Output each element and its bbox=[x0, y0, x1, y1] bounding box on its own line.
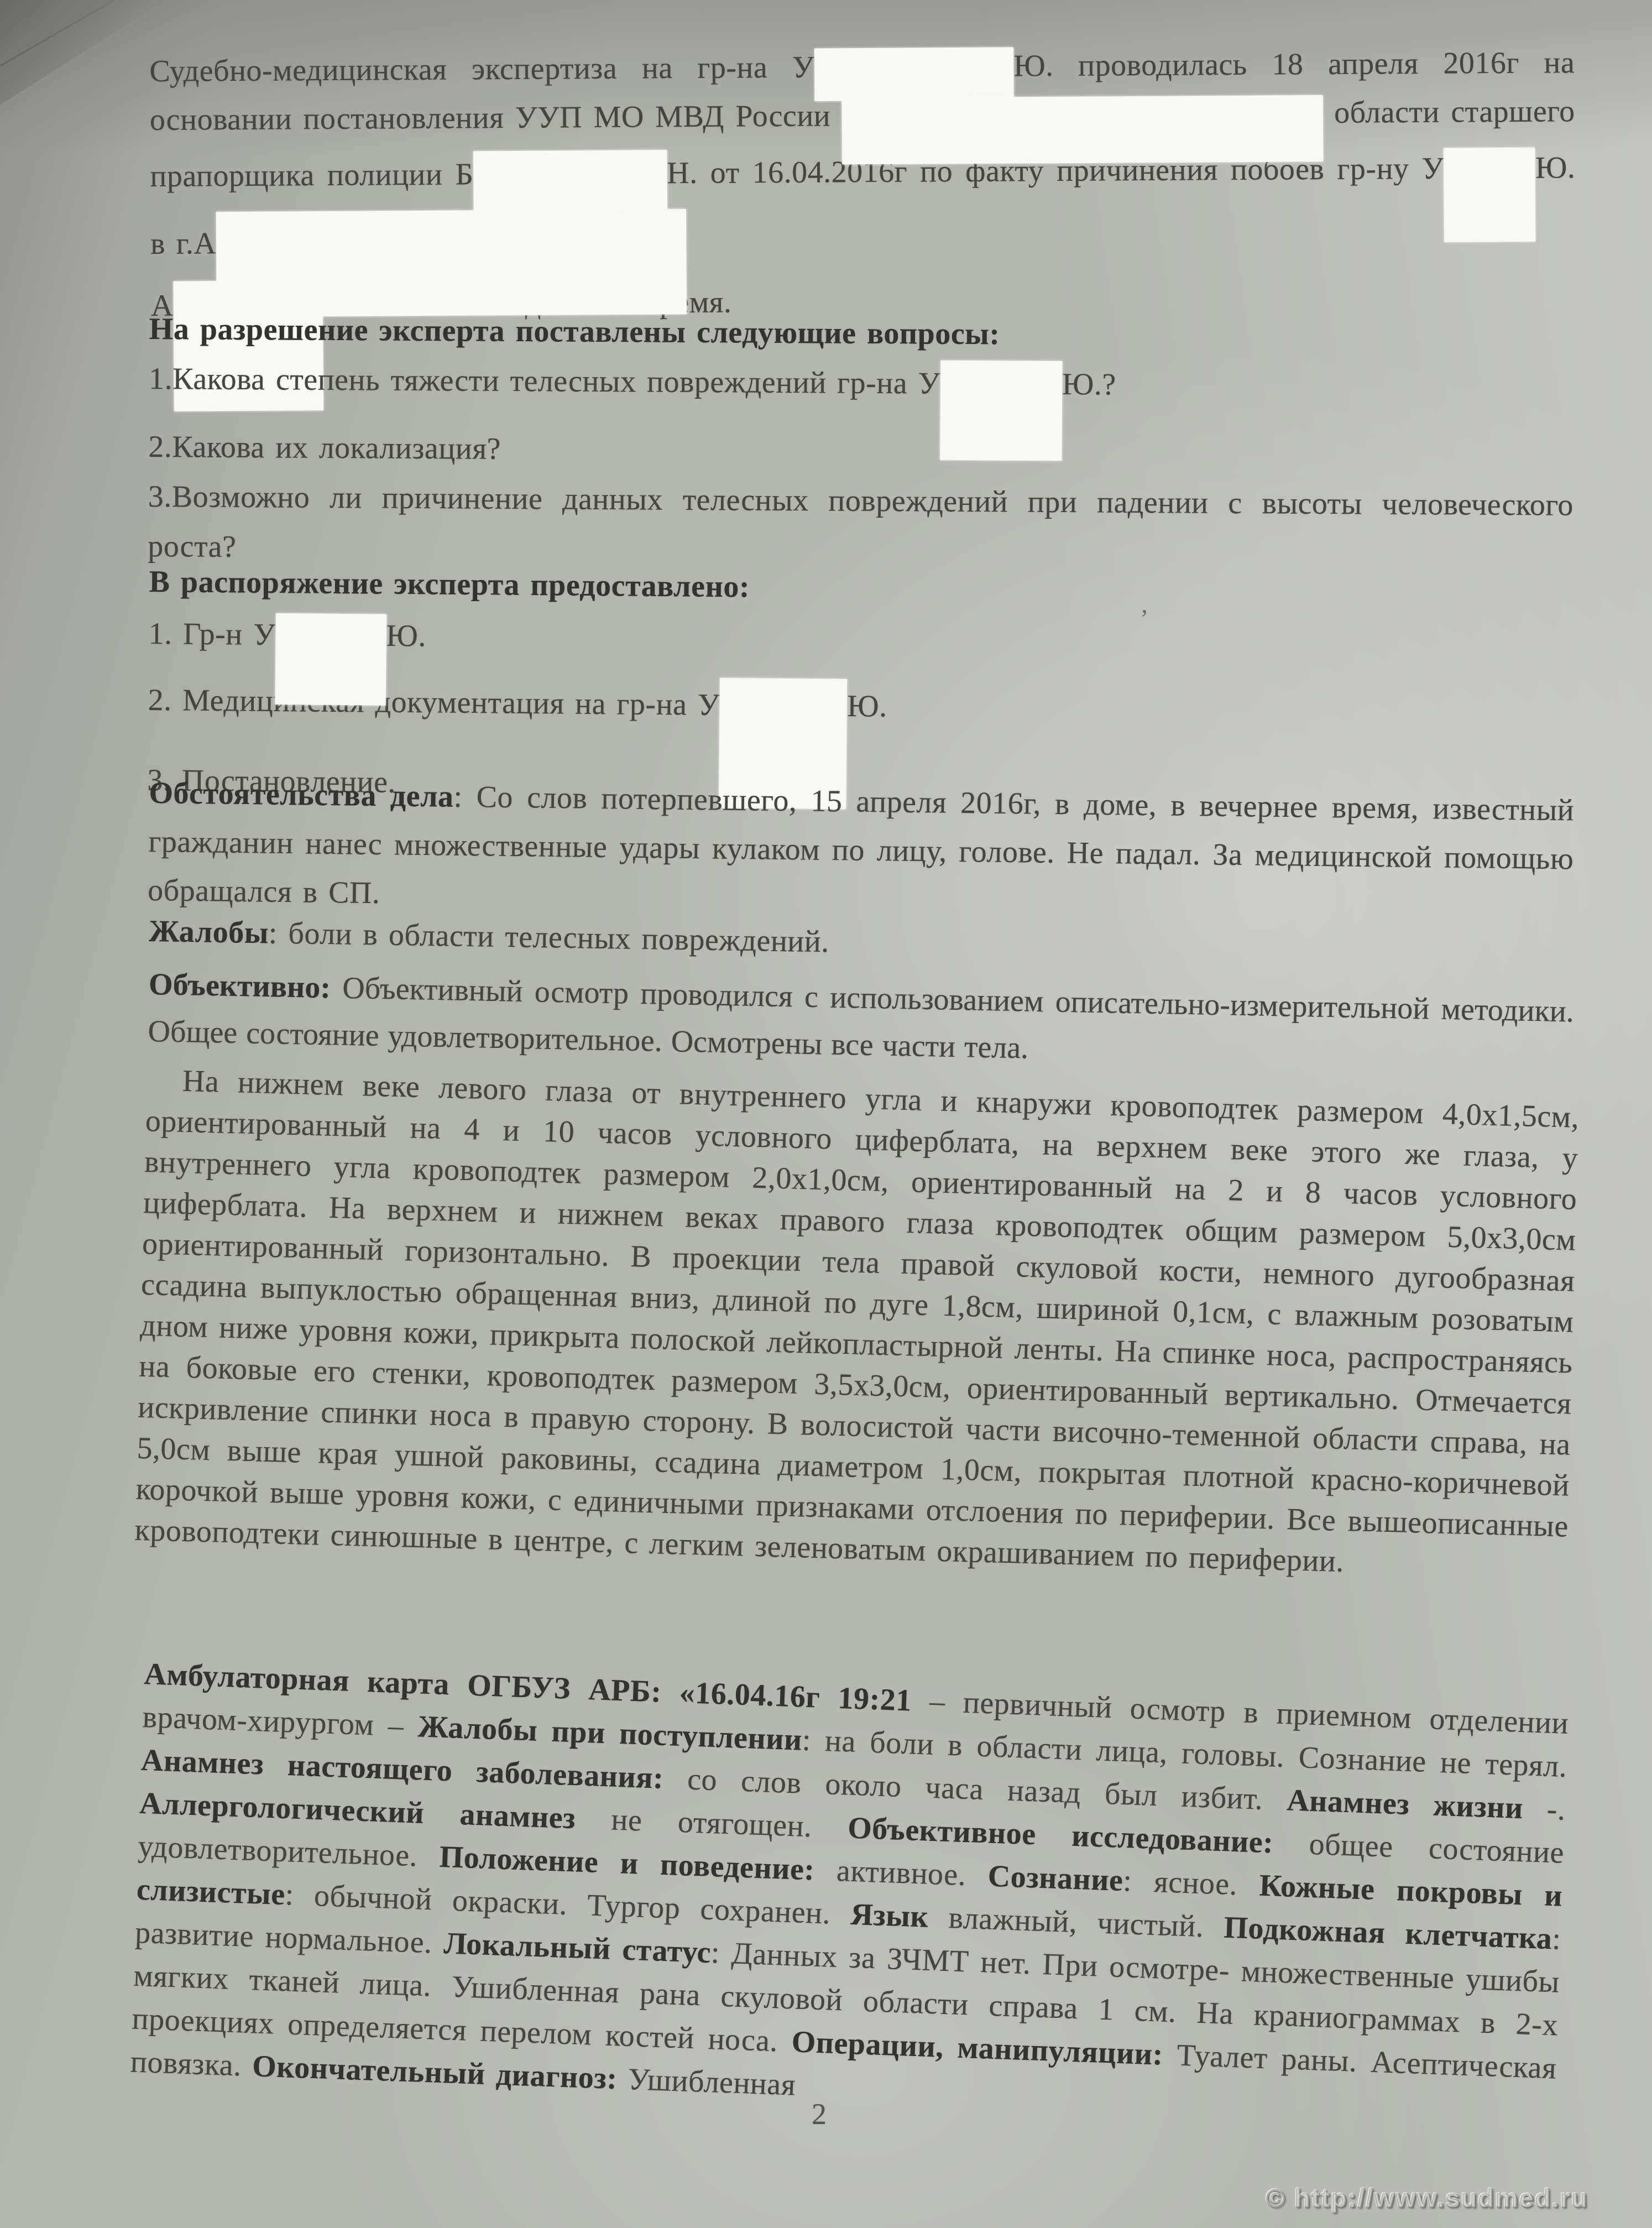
bold-text-run: Сознание bbox=[987, 1859, 1124, 1897]
text-run: На нижнем веке левого глаза от внутренне… bbox=[134, 1064, 1580, 1579]
redaction-box bbox=[842, 95, 1324, 164]
circumstances-section: Обстоятельства дела: Со слов потерпевшег… bbox=[148, 769, 1575, 932]
redaction-box bbox=[940, 361, 1062, 461]
bold-text-run: Операции, манипуляции: bbox=[791, 2024, 1164, 2072]
text-run: активное. bbox=[814, 1853, 989, 1893]
bold-text-run: На разрешение эксперта поставлены следую… bbox=[149, 312, 1000, 351]
page-number: 2 bbox=[812, 2097, 827, 2131]
bold-text-run: Положение и поведение: bbox=[439, 1840, 815, 1887]
text-run: 1. Гр-н У bbox=[148, 617, 275, 652]
exam-findings-section: На нижнем веке левого глаза от внутренне… bbox=[134, 1060, 1580, 1588]
bold-text-run: «16.04.16г 19:21 bbox=[679, 1676, 912, 1718]
circumstances-paragraph: Обстоятельства дела: Со слов потерпевшег… bbox=[148, 769, 1575, 932]
bold-text-run: Анамнез жизни bbox=[1286, 1783, 1523, 1825]
bold-text-run: Жалобы при поступлении bbox=[417, 1709, 803, 1757]
text-run: -. bbox=[1523, 1791, 1566, 1827]
provided-item: 1. Гр-н УЮ. bbox=[148, 608, 1574, 686]
bold-text-run: Амбулаторная карта ОГБУЗ АРБ: bbox=[144, 1657, 662, 1709]
ambulatory-card-paragraph: Амбулаторная карта ОГБУЗ АРБ: «16.04.16г… bbox=[130, 1652, 1570, 2133]
question-item: 1.Какова степень тяжести телесных повреж… bbox=[149, 354, 1575, 431]
redaction-box bbox=[275, 613, 386, 706]
text-run: Объективный осмотр проводился с использо… bbox=[148, 970, 1574, 1065]
objective-section: Объективно: Объективный осмотр проводилс… bbox=[148, 961, 1575, 1082]
redaction-box bbox=[814, 47, 1014, 101]
questions-section: На разрешение эксперта поставлены следую… bbox=[148, 304, 1575, 580]
document-photo: Судебно-медицинская экспертиза на гр-на … bbox=[0, 0, 1652, 2228]
bold-text-run: Язык bbox=[850, 1897, 929, 1934]
question-item: 2.Какова их локализация? bbox=[148, 422, 1574, 481]
text-run: 1.Какова степень тяжести телесных повреж… bbox=[149, 362, 940, 401]
text-run: Ушибленная bbox=[616, 2062, 796, 2102]
text-run: не отягощен. bbox=[575, 1801, 848, 1845]
watermark-text: © http://www.sudmed.ru bbox=[1266, 2183, 1588, 2214]
bold-text-run: Объективное исследование: bbox=[847, 1811, 1274, 1860]
text-run: Ю. bbox=[386, 619, 426, 654]
text-run: Судебно-медицинская экспертиза на гр-на … bbox=[149, 50, 814, 88]
stray-pen-mark: ’ bbox=[1140, 604, 1148, 633]
text-run: 3.Возможно ли причинение данных телесных… bbox=[148, 479, 1573, 564]
questions-heading: На разрешение эксперта поставлены следую… bbox=[149, 304, 1575, 363]
bold-text-run: В распоряжение эксперта предоставлено: bbox=[149, 565, 750, 604]
objective-paragraph: Объективно: Объективный осмотр проводилс… bbox=[148, 961, 1575, 1082]
bold-text-run: Обстоятельства дела bbox=[149, 776, 454, 814]
document-page: Судебно-медицинская экспертиза на гр-на … bbox=[0, 0, 1652, 2228]
bold-text-run: Анамнез настоящего заболевания: bbox=[140, 1743, 664, 1796]
ambulatory-card-section: Амбулаторная карта ОГБУЗ АРБ: «16.04.16г… bbox=[130, 1652, 1570, 2133]
bold-text-run: Локальный статус bbox=[443, 1926, 712, 1970]
redaction-box bbox=[1444, 148, 1536, 242]
text-run: 2.Какова их локализация? bbox=[148, 430, 501, 466]
text-run: 2. Медицинская документация на гр-на У bbox=[148, 683, 720, 722]
text-run bbox=[661, 1675, 680, 1710]
bold-text-run: Аллергологический анамнез bbox=[139, 1786, 576, 1836]
text-run: Ю.? bbox=[1062, 367, 1116, 402]
text-run: : боли в области телесных повреждений. bbox=[268, 916, 829, 959]
text-run: влажный, чистый. bbox=[928, 1900, 1224, 1945]
bold-text-run: Объективно: bbox=[149, 967, 331, 1005]
text-run: Ю. bbox=[847, 689, 887, 724]
bold-text-run: Подкожная клетчатка bbox=[1224, 1910, 1553, 1956]
bold-text-run: Жалобы bbox=[149, 914, 269, 950]
exam-findings-paragraph: На нижнем веке левого глаза от внутренне… bbox=[134, 1060, 1580, 1588]
bold-text-run: Окончательный диагноз: bbox=[252, 2049, 618, 2096]
text-run: : ясное. bbox=[1122, 1864, 1260, 1903]
